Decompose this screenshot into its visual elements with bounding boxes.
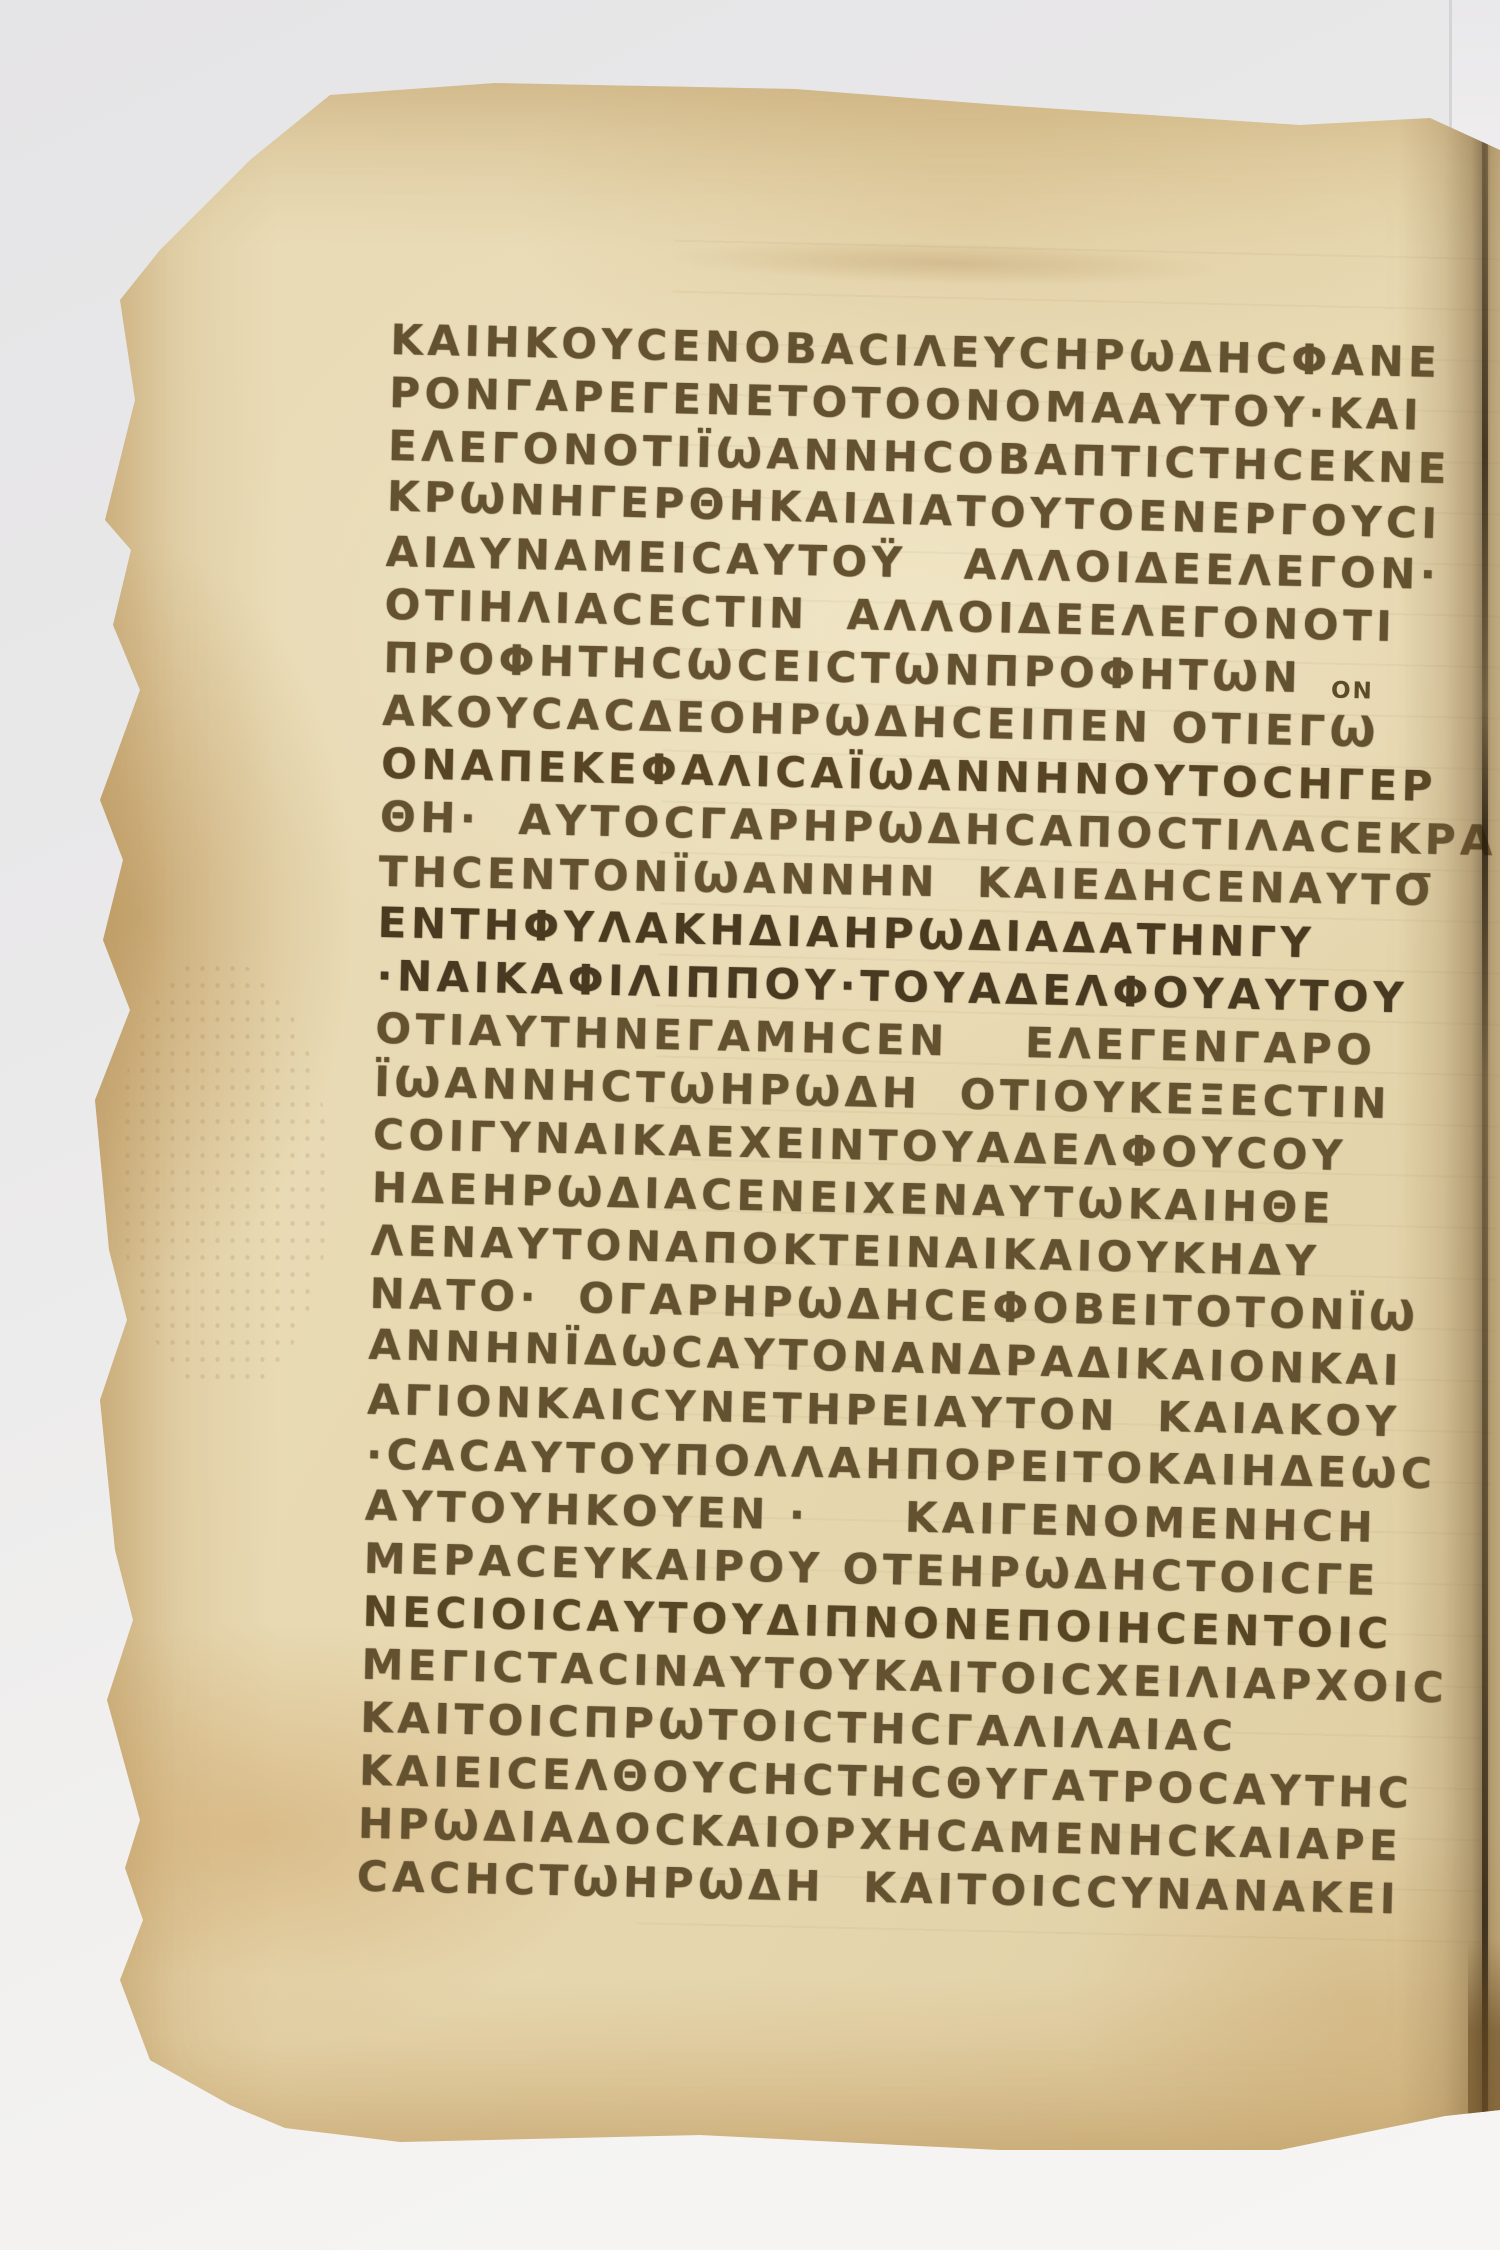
manuscript-photo: ΚΑΙΗΚΟΥϹΕΝΟΒΑϹΙΛΕΥϹΗΡѠΔΗϹΦΑΝΕ ΡΟΝΓΑΡΕΓΕΝ… (0, 0, 1500, 2250)
binding-gutter (1398, 80, 1500, 2165)
foxing-speckles (120, 960, 330, 1390)
gutter-crease (1482, 80, 1488, 2165)
manuscript-page: ΚΑΙΗΚΟΥϹΕΝΟΒΑϹΙΛΕΥϹΗΡѠΔΗϹΦΑΝΕ ΡΟΝΓΑΡΕΓΕΝ… (95, 80, 1500, 2165)
text-block: ΚΑΙΗΚΟΥϹΕΝΟΒΑϹΙΛΕΥϹΗΡѠΔΗϹΦΑΝΕ ΡΟΝΓΑΡΕΓΕΝ… (356, 313, 1500, 1927)
superscript-correction: ΟΝ (1331, 678, 1374, 705)
